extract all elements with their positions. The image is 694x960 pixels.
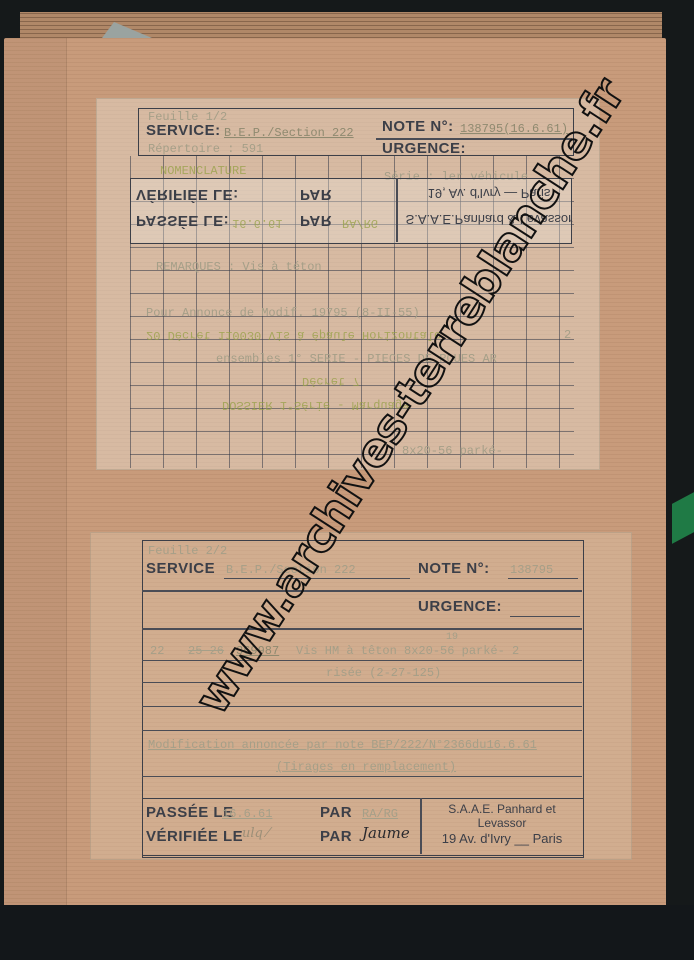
urgence-underline <box>510 616 580 617</box>
sheet-2-address-line-3: 19 Av. d'Ivry __ Paris <box>422 832 582 846</box>
sheet-1: Feuille 1/2 SERVICE: B.E.P./Section 222 … <box>96 98 598 468</box>
sheet-2: Feuille 2/2 SERVICE B.E.P./Section 222 N… <box>90 532 630 858</box>
modification-note-2: (Tirages en remplacement) <box>276 760 456 774</box>
sheet-1-note-label: NOTE N°: <box>382 118 454 135</box>
folder-fold <box>4 38 67 931</box>
background-table <box>0 905 694 960</box>
sheet-1-passee-par-value: RA/RG <box>342 216 378 230</box>
note-underline <box>508 578 578 579</box>
divider <box>142 776 582 777</box>
sheet-1-passee-value: 16.6.61 <box>232 216 282 230</box>
green-tab <box>672 492 694 544</box>
sheet-1-ghost-line: Décret 7 <box>302 374 360 388</box>
sheet-2-passee-label: PASSÉE LE <box>146 804 234 821</box>
sheet-2-service-label: SERVICE <box>146 560 215 577</box>
torn-page-corner <box>102 22 152 38</box>
sheet-2-note-label: NOTE N°: <box>418 560 490 577</box>
row-qty: 22 <box>150 644 164 658</box>
sheet-2-passee-par: RA/RG <box>362 807 398 821</box>
sheet-1-verifiee-par: PAR <box>300 186 332 203</box>
sheet-1-ghost-line: REMARQUES : Vis à téton <box>156 260 322 274</box>
sheet-1-passee-par: PAR <box>300 212 332 229</box>
modification-note: Modification annoncée par note BEP/222/N… <box>148 738 537 752</box>
sheet-2-address-line-2: Levassor <box>422 816 582 830</box>
sheet-2-feuille: Feuille 2/2 <box>148 544 227 558</box>
sheet-1-ghost-line: 20 Décret 110030 Vis à épaule Horizontal… <box>146 328 448 342</box>
sheet-1-nomenclature: NOMENCLATURE <box>160 164 246 178</box>
sheet-1-passee-label: PASSÉE LE: <box>136 212 229 229</box>
sheet-2-verifiee-label: VÉRIFIÉE LE <box>146 828 243 845</box>
sheet-2-verifiee-par-label: PAR <box>320 828 352 845</box>
sheet-2-passee-value: 16.6.61 <box>222 807 272 821</box>
row-description-cont: risée (2-27-125) <box>326 666 441 680</box>
sheet-1-ghost-line: 8x20-56 parké- <box>402 444 503 458</box>
sheet-1-margin-number: 2 <box>564 328 571 342</box>
divider <box>396 178 398 242</box>
sheet-2-address-line-1: S.A.A.E. Panhard et <box>422 802 582 816</box>
row-description: Vis HM à têton 8x20-56 parké- 2 <box>296 644 519 658</box>
sheet-2-signature: Jaume <box>362 824 410 842</box>
sheet-1-urgence-label: URGENCE: <box>382 140 466 157</box>
sheet-2-passee-par-label: PAR <box>320 804 352 821</box>
divider <box>142 590 582 592</box>
sheet-1-service-label: SERVICE: <box>146 122 221 139</box>
divider <box>142 628 582 630</box>
sheet-2-note-value: 138795 <box>510 563 553 577</box>
row-superscript: 19 <box>446 632 458 643</box>
sheet-1-verifiee-label: VÉRIFIÉE LE: <box>136 186 239 203</box>
sheet-1-service-value: B.E.P./Section 222 <box>224 126 354 140</box>
sheet-2-urgence-label: URGENCE: <box>418 598 502 615</box>
sheet-1-repertoire: Répertoire : 591 <box>148 142 263 156</box>
divider <box>142 730 582 731</box>
sheet-1-ghost-line: Pour Annonce de Modif. 19795 (8-II-55) <box>146 306 420 320</box>
sheet-2-verifiee-initials: ulq ⁄ <box>242 826 269 841</box>
